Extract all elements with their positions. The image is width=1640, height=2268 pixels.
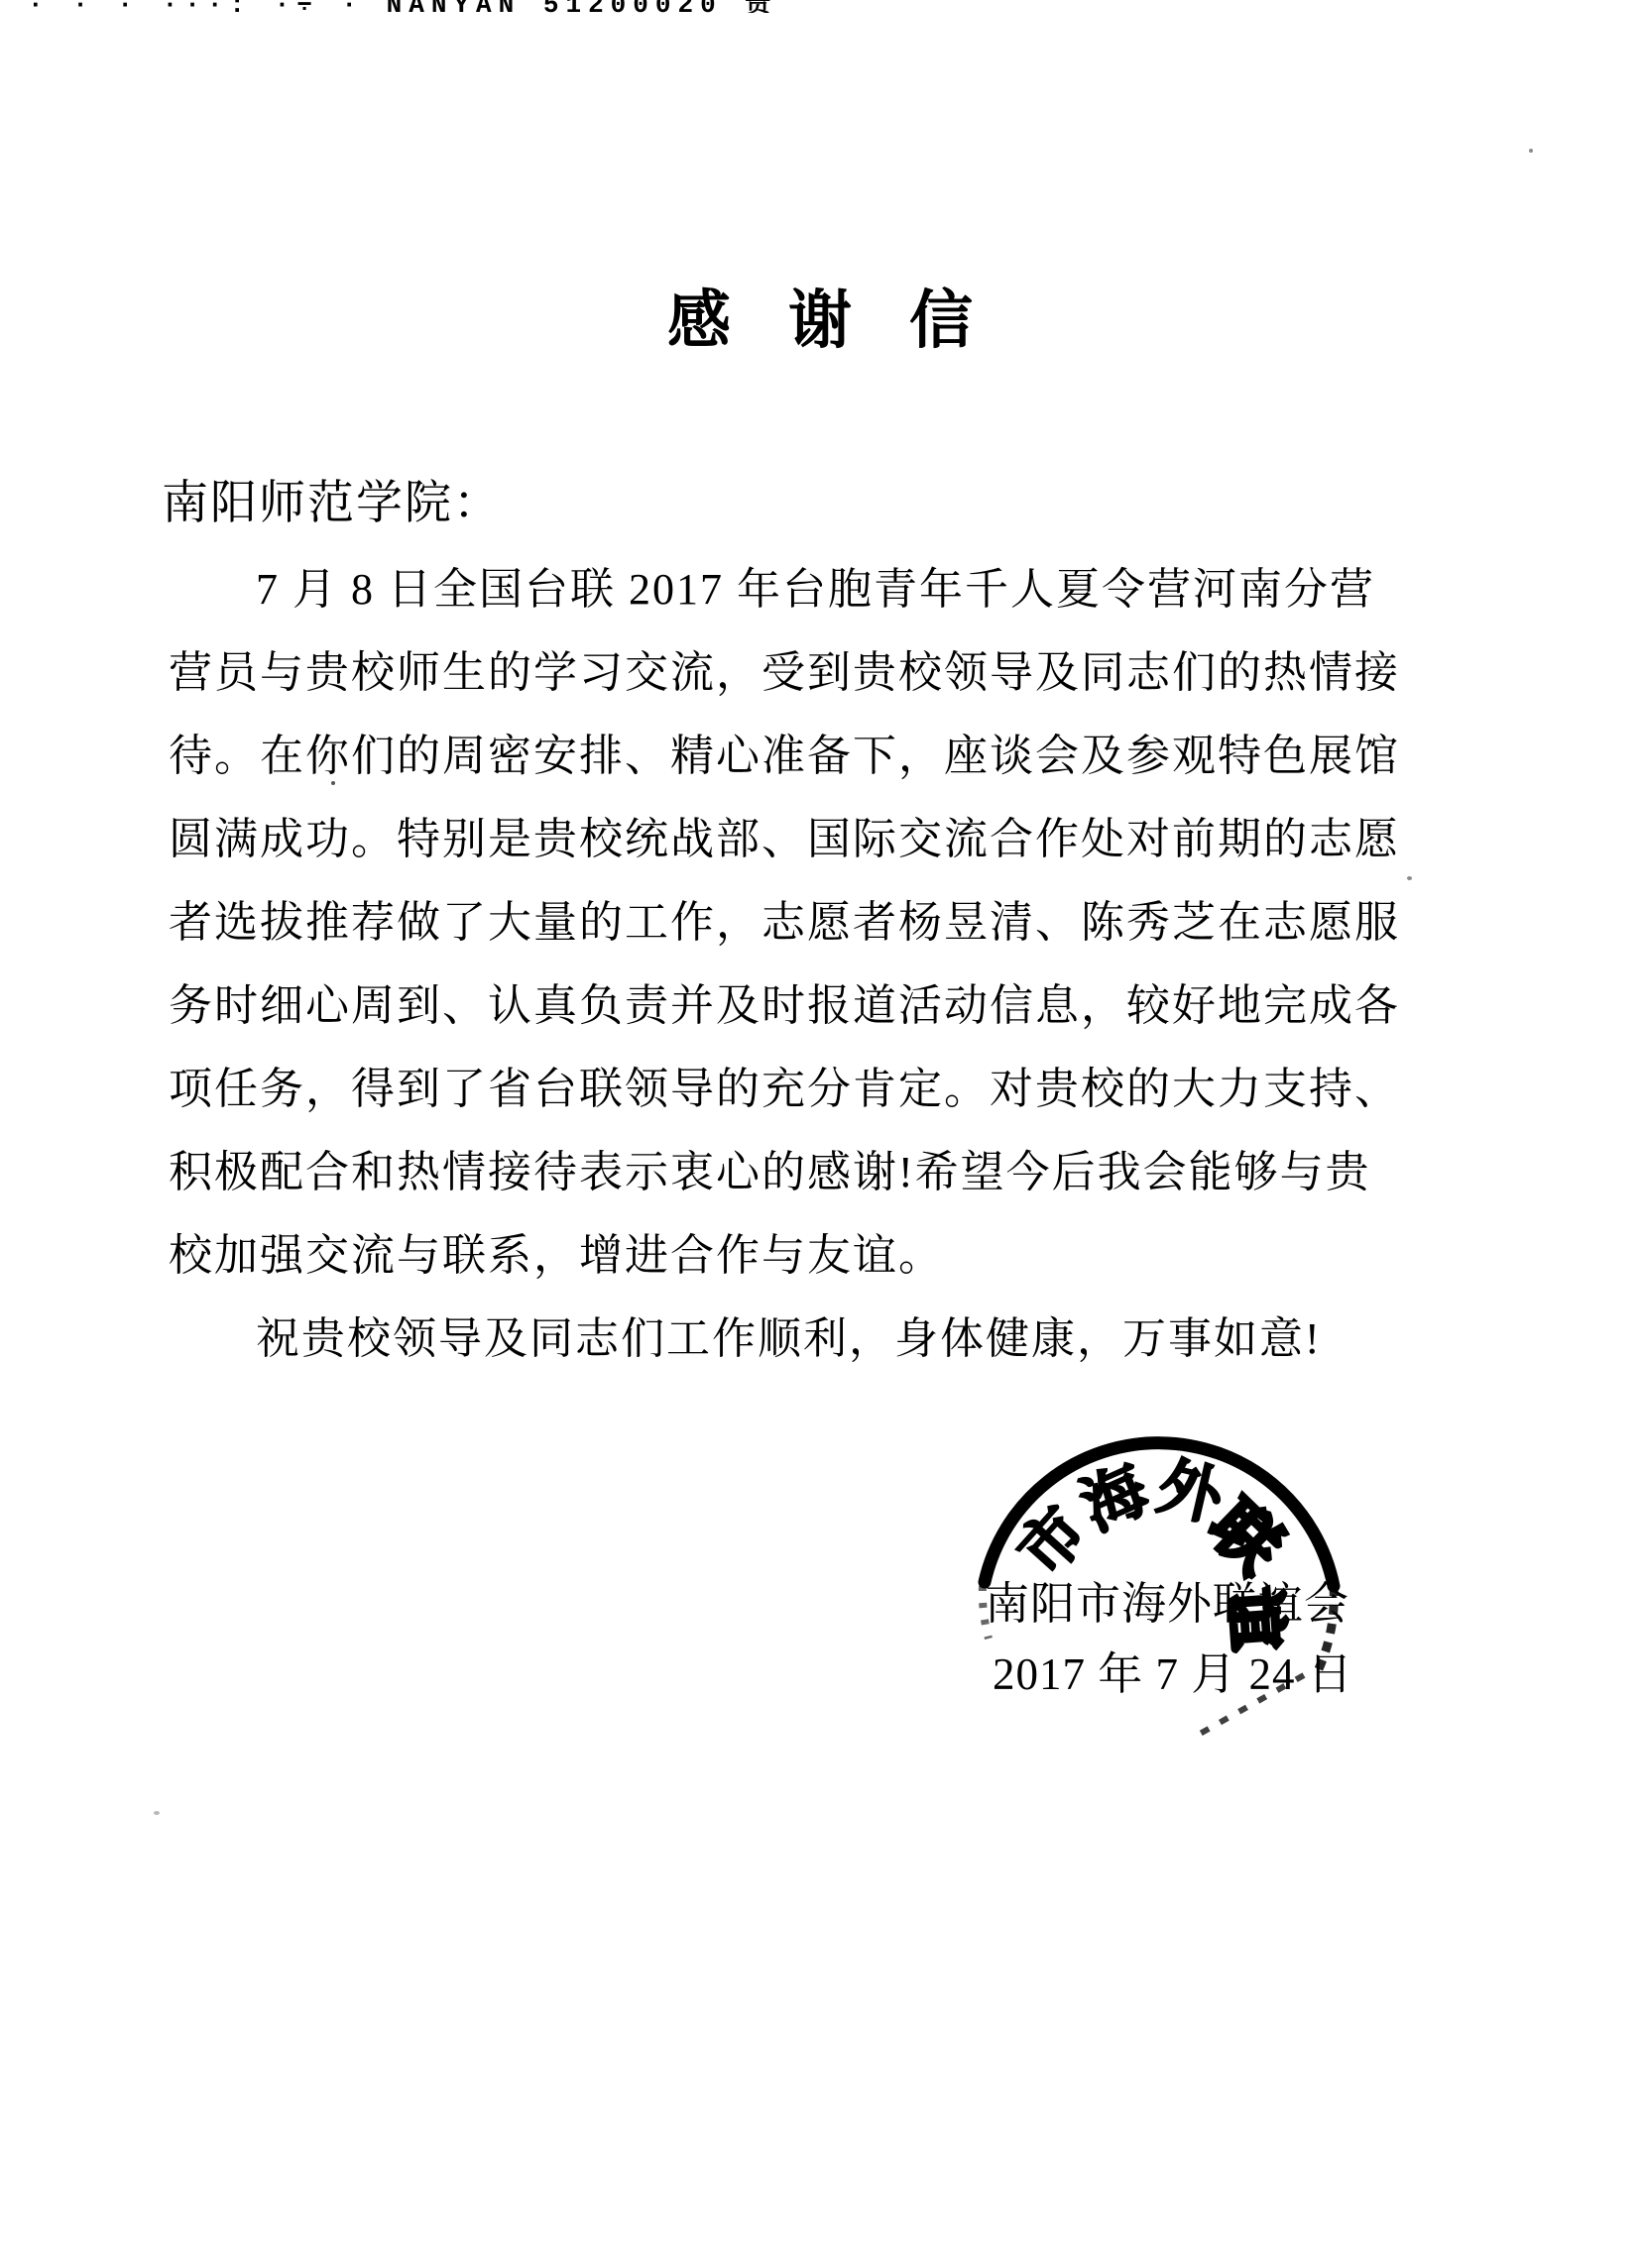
body-line: 务时细心周到、认真负责并及时报道活动信息，较好地完成各 [169,964,1418,1048]
body-line: 7 月 8 日全国台联 2017 年台胞青年千人夏令营河南分营 [169,548,1418,631]
scan-noise-dot [1529,149,1533,153]
body-line-closing-wish: 祝贵校领导及同志们工作顺利，身体健康，万事如意! [169,1298,1418,1381]
body-line: 积极配合和热情接待表示衷心的感谢!希望今后我会能够与贵 [169,1131,1418,1214]
letter-body: 7 月 8 日全国台联 2017 年台胞青年千人夏令营河南分营 营员与贵校师生的… [169,548,1418,1381]
stamp-arc [985,1443,1334,1586]
scan-cutoff-header-text: · · · ···: ·÷¨· NANYAN 51200020 贵 卡 [28,0,781,13]
salutation: 南阳师范学院： [162,466,502,532]
body-line: 项任务，得到了省台联领导的充分肯定。对贵校的大力支持、 [169,1048,1418,1131]
stamp-char: 外 [1151,1451,1230,1534]
scan-noise-dot [331,781,335,785]
body-line: 者选拔推荐做了大量的工作，志愿者杨昱清、陈秀芝在志愿服 [169,881,1418,964]
body-line: 待。在你们的周密安排、精心准备下，座谈会及参观特色展馆 [169,715,1418,798]
scan-cutoff-header: · · · ···: ·÷¨· NANYAN 51200020 贵 卡 [28,0,781,13]
stamp-char: 海 [1072,1453,1158,1543]
scan-noise-dot [154,1811,160,1815]
body-line: 校加强交流与联系，增进合作与友谊。 [169,1214,1418,1298]
body-line: 营员与贵校师生的学习交流，受到贵校领导及同志们的热情接 [169,631,1418,715]
signature-organization: 南阳市海外联谊会 [985,1567,1349,1632]
letter-title: 感谢信 [0,270,1640,361]
body-line: 圆满成功。特别是贵校统战部、国际交流合作处对前期的志愿 [169,798,1418,881]
scanned-letter-page: · · · ···: ·÷¨· NANYAN 51200020 贵 卡 感谢信 … [0,0,1640,2268]
scan-noise-dot [1407,876,1412,880]
signature-date: 2017 年 7 月 24 日 [993,1638,1353,1702]
